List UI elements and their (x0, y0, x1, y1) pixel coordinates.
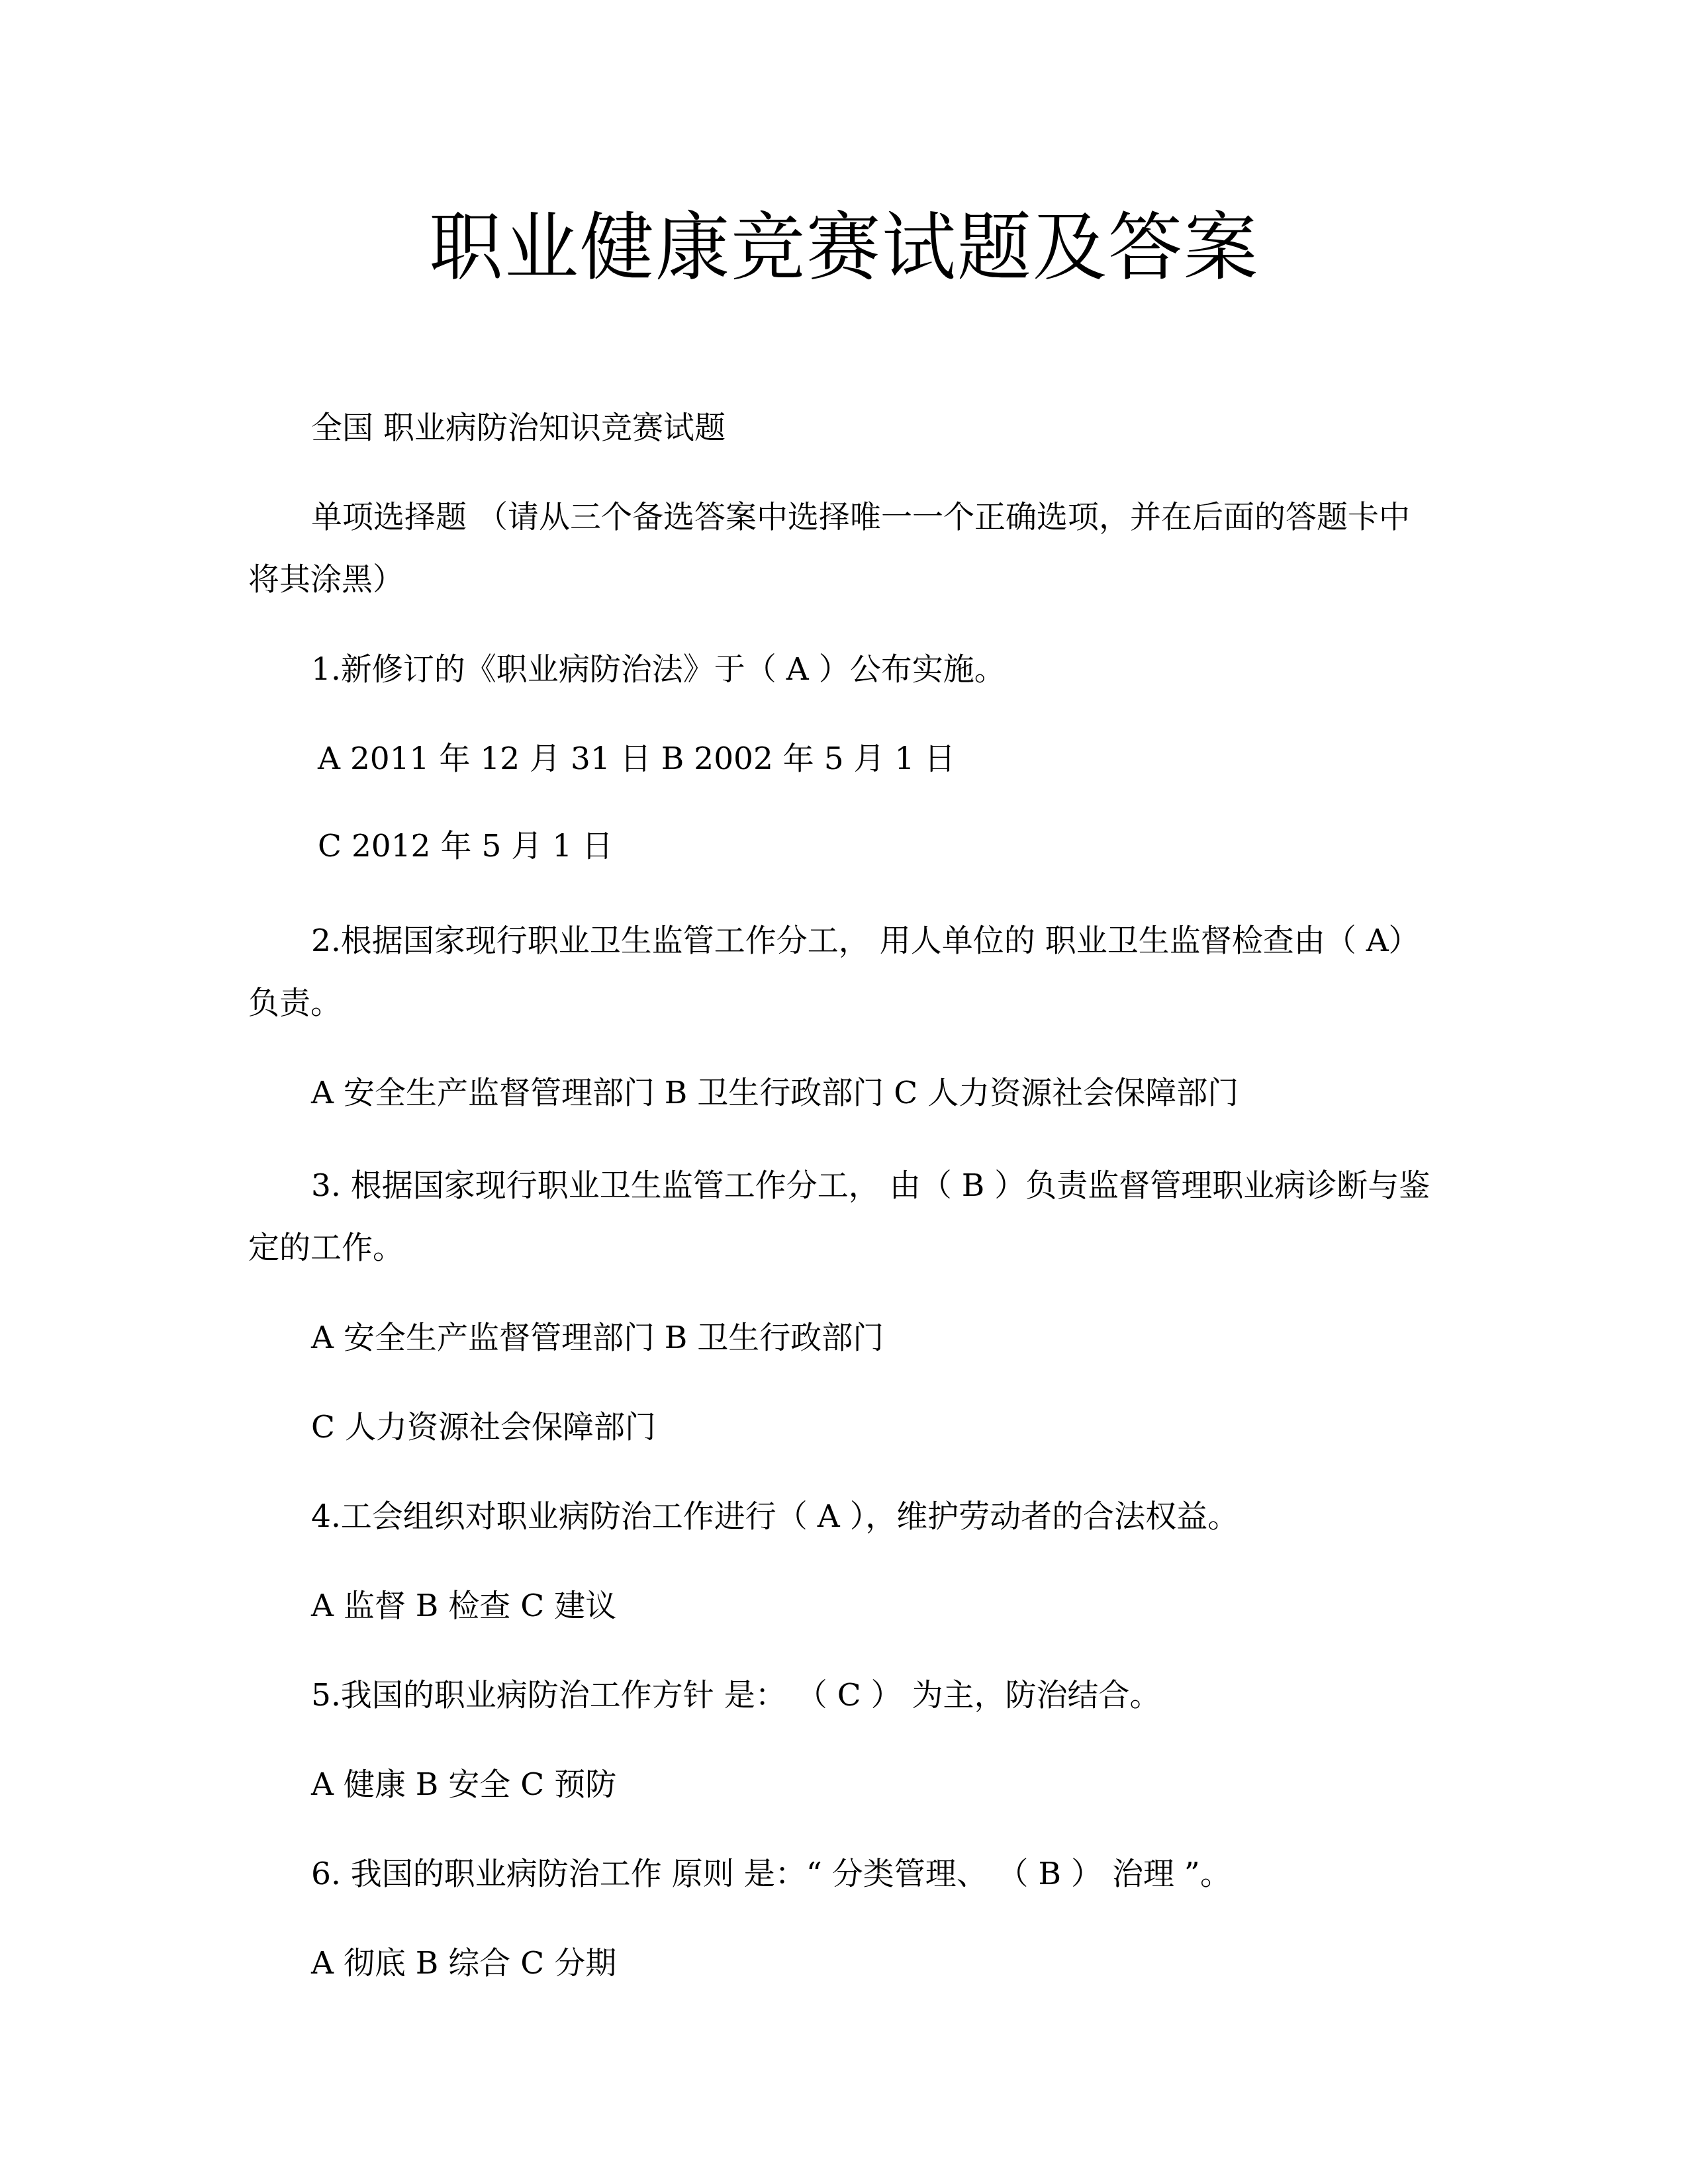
question-6-text: 6. 我国的职业病防治工作 原则 是：“ 分类管理、 （ B ） 治理 ”。 (248, 1843, 1433, 1905)
question-4-options: A 监督 B 检查 C 建议 (248, 1575, 1433, 1637)
question-3-options-line-1: A 安全生产监督管理部门 B 卫生行政部门 (248, 1307, 1433, 1369)
document-page: 职业健康竞赛试题及答案 全国 职业病防治知识竞赛试题 单项选择题 （请从三个备选… (0, 0, 1688, 2184)
question-1-options-line-1: A 2011 年 12 月 31 日 B 2002 年 5 月 1 日 (248, 728, 1433, 790)
question-6-options: A 彻底 B 综合 C 分期 (248, 1933, 1433, 1995)
question-5-text: 5.我国的职业病防治工作方针 是： （ C ） 为主，防治结合。 (248, 1664, 1433, 1727)
question-2-text: 2.根据国家现行职业卫生监管工作分工， 用人单位的 职业卫生监督检查由（ A） … (248, 910, 1433, 1034)
section-subtitle: 全国 职业病防治知识竞赛试题 (248, 397, 1433, 459)
question-5-options: A 健康 B 安全 C 预防 (248, 1754, 1433, 1816)
question-4-text: 4.工会组织对职业病防治工作进行（ A ），维护劳动者的合法权益。 (248, 1486, 1433, 1548)
question-1-options-line-2: C 2012 年 5 月 1 日 (248, 815, 1433, 878)
instructions: 单项选择题 （请从三个备选答案中选择唯一一个正确选项，并在后面的答题卡中将其涂黑… (248, 486, 1433, 611)
question-3-text: 3. 根据国家现行职业卫生监管工作分工， 由（ B ）负责监督管理职业病诊断与鉴… (248, 1155, 1433, 1279)
question-2-options: A 安全生产监督管理部门 B 卫生行政部门 C 人力资源社会保障部门 (248, 1062, 1433, 1124)
question-1-text: 1.新修订的《职业病防治法》于（ A ）公布实施。 (248, 639, 1433, 701)
document-title: 职业健康竞赛试题及答案 (0, 199, 1688, 298)
question-3-options-line-2: C 人力资源社会保障部门 (248, 1396, 1433, 1459)
